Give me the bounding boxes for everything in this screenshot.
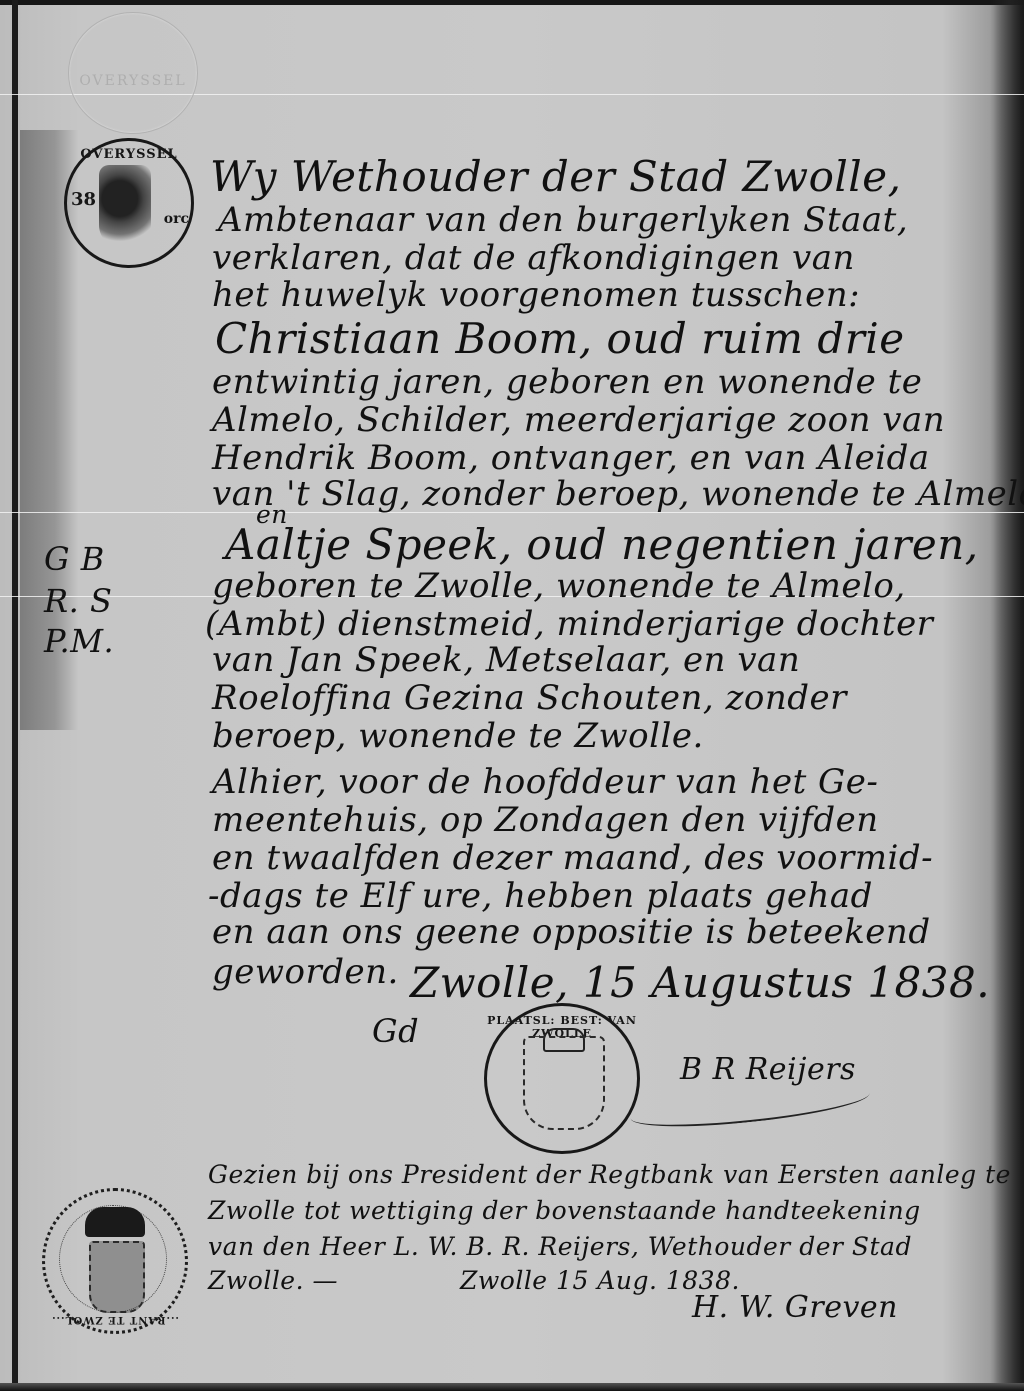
scanned-document-page: OVERYSSEL OVERYSSEL 38 orc G B R. S P.M.… (0, 0, 1024, 1391)
body-line: Hendrik Boom, ontvanger, en van Aleida (212, 438, 930, 478)
shield-icon (89, 1241, 145, 1313)
body-line: Ambtenaar van den burgerlyken Staat, (218, 200, 908, 240)
margin-note: G B (44, 540, 105, 578)
seal-ring-text: ...RANT TE ZWOL... (45, 1314, 185, 1325)
body-line: -dags te Elf ure, hebben plaats gehad (208, 876, 873, 916)
body-line: het huwelyk voorgenomen tusschen: (212, 275, 860, 315)
body-line: Roeloffina Gezina Schouten, zonder (212, 678, 847, 718)
initials-signature: Gd (372, 1012, 419, 1050)
legalization-line: Gezien bij ons President der Regtbank va… (208, 1160, 1011, 1189)
body-line: Alhier, voor de hoofddeur van het Ge- (212, 762, 878, 802)
overyssel-tax-stamp: OVERYSSEL 38 orc (64, 138, 194, 268)
embossed-seal-text: OVERYSSEL (69, 73, 197, 89)
legalization-line: van den Heer L. W. B. R. Reijers, Wethou… (208, 1232, 912, 1261)
body-line: verklaren, dat de afkondigingen van (212, 238, 855, 278)
court-seal: ...RANT TE ZWOL... (42, 1188, 188, 1334)
page-bottom-edge (0, 1383, 1024, 1391)
legalization-line: Zwolle. — (208, 1266, 338, 1295)
body-line: en twaalfden dezer maand, des voormid- (212, 838, 933, 878)
court-president-signature: H. W. Greven (692, 1290, 898, 1325)
stamp-denomination: orc (164, 211, 189, 227)
stamp-value: 38 (71, 189, 96, 210)
body-line: van 't Slag, zonder beroep, wonende te A… (212, 474, 1024, 514)
page-top-edge (0, 0, 1024, 5)
zwolle-municipal-seal: PLAATSL: BEST: VAN ZWOLLE (484, 1003, 640, 1154)
margin-note: R. S (44, 582, 112, 620)
body-line: en aan ons geene oppositie is beteekend (212, 912, 931, 952)
binding-edge (12, 0, 18, 1391)
crown-icon (85, 1207, 145, 1237)
body-line: meentehuis, op Zondagen den vijfden (212, 800, 879, 840)
margin-note: P.M. (44, 622, 114, 660)
body-line: Wy Wethouder der Stad Zwolle, (210, 152, 901, 201)
stamp-ring-text: OVERYSSEL (67, 147, 191, 162)
body-line: Christiaan Boom, oud ruim drie (215, 314, 905, 363)
body-line: geboren te Zwolle, wonende te Almelo, (212, 566, 906, 606)
legalization-line: Zwolle tot wettiging der bovenstaande ha… (208, 1196, 921, 1225)
body-line: (Ambt) dienstmeid, minderjarige dochter (205, 604, 933, 644)
crest-icon (99, 165, 151, 249)
coat-of-arms-icon (523, 1036, 605, 1130)
place-date: Zwolle, 15 Augustus 1838. (410, 958, 990, 1007)
body-line: Almelo, Schilder, meerderjarige zoon van (212, 400, 945, 440)
body-line: entwintig jaren, geboren en wonende te (212, 362, 922, 402)
body-line: beroep, wonende te Zwolle. (212, 716, 704, 756)
embossed-seal: OVERYSSEL (68, 12, 198, 134)
body-line: geworden. (212, 952, 399, 992)
body-line: van Jan Speek, Metselaar, en van (212, 640, 800, 680)
body-line: Aaltje Speek, oud negentien jaren, (225, 520, 979, 569)
